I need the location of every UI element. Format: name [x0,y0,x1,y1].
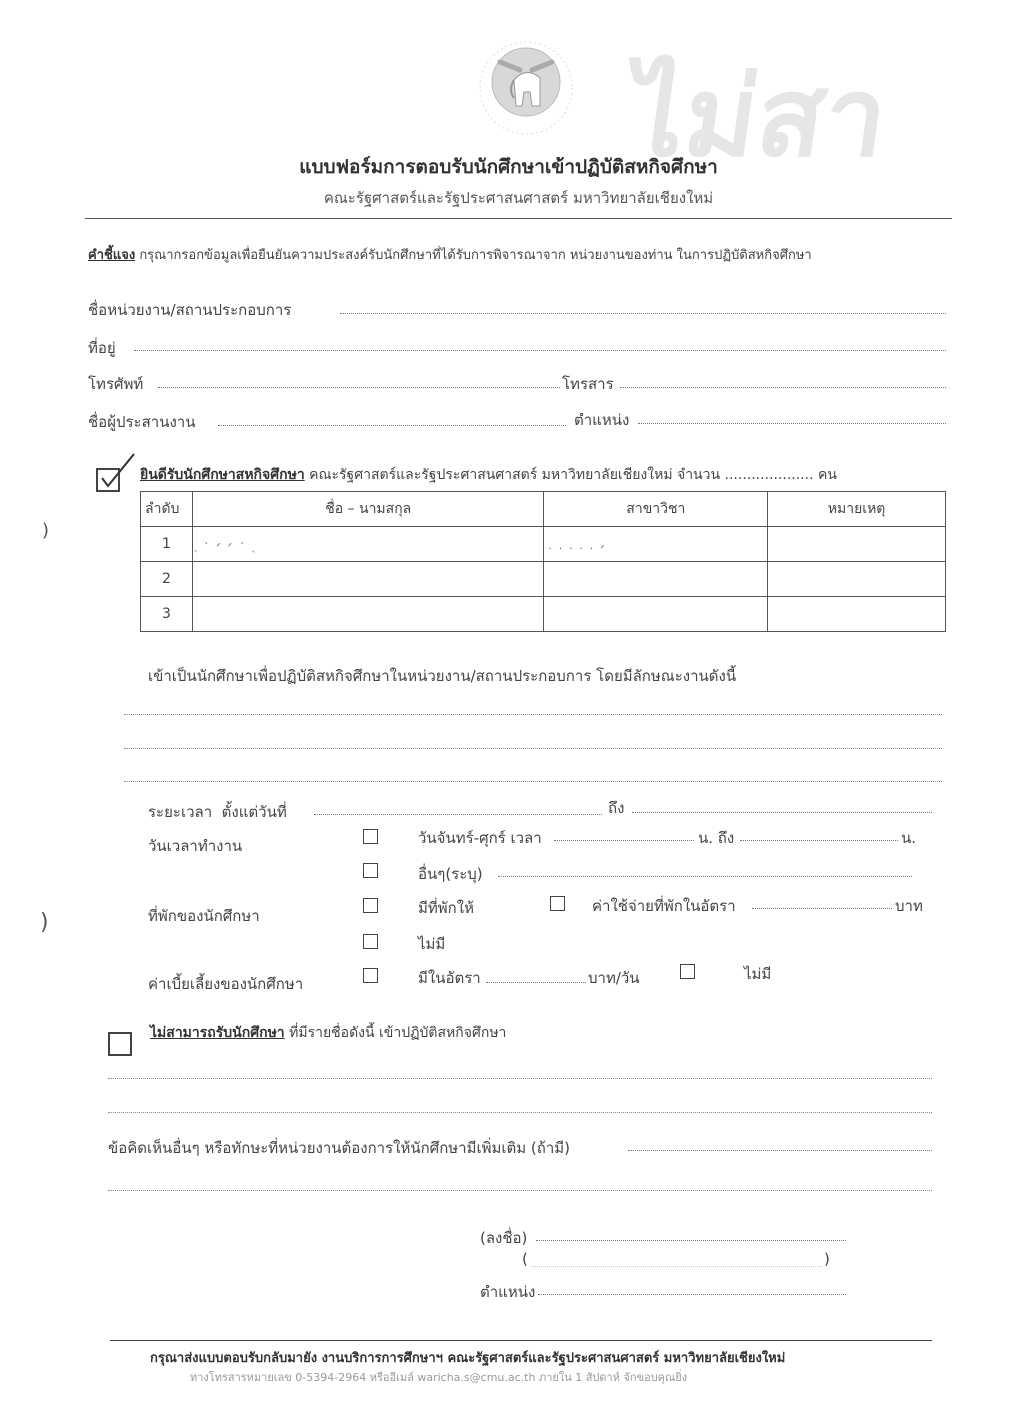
instructions: คำชี้แจง กรุณากรอกข้อมูลเพื่อยืนยันความป… [88,244,812,265]
period-to-field[interactable] [632,812,932,813]
allowance-label: ค่าเบี้ยเลี้ยงของนักศึกษา [148,972,303,996]
decline-statement: ไม่สามารถรับนักศึกษา ที่มีรายชื่อดังนี้ … [150,1022,506,1044]
cmu-elephant-seal-icon [470,40,582,140]
job-description-line-3[interactable] [124,781,942,782]
accommodation-label: ที่พักของนักศึกษา [148,904,260,928]
fax-label: โทรสาร [562,372,614,396]
accept-statement: ยินดีรับนักศึกษาสหกิจศึกษา คณะรัฐศาสตร์แ… [140,464,837,486]
row-no: 1 [141,527,193,562]
address-label: ที่อยู่ [88,336,116,360]
position-field[interactable] [638,423,946,424]
work-time-other-label: อื่นๆ(ระบุ) [418,862,483,886]
row-no: 3 [141,597,193,632]
row-note[interactable] [768,527,946,562]
period-label: ระยะเวลา ตั้งแต่วันที่ [148,800,287,824]
table-header-row: ลำดับ ชื่อ – นามสกุล สาขาวิชา หมายเหตุ [141,492,946,527]
signature-close-paren: ) [824,1250,830,1268]
allowance-rate-field[interactable] [486,982,586,983]
period-from-label: ตั้งแต่วันที่ [222,803,287,821]
work-time-weekday-checkbox[interactable] [363,829,378,844]
accept-checkbox[interactable] [96,468,120,492]
phone-field[interactable] [158,387,560,388]
position-label: ตำแหน่ง [574,408,629,432]
decline-line-1[interactable] [108,1078,932,1079]
col-header-name: ชื่อ – นามสกุล [192,492,544,527]
comments-field-1[interactable] [628,1150,932,1151]
allowance-rate-unit: บาท/วัน [588,966,640,990]
accept-count-field[interactable]: .................... [725,467,814,483]
accommodation-cost-checkbox[interactable] [550,896,565,911]
student-table: ลำดับ ชื่อ – นามสกุล สาขาวิชา หมายเหตุ 1… [140,491,946,632]
form-title: แบบฟอร์มการตอบรับนักศึกษาเข้าปฏิบัติสหกิ… [0,152,1017,182]
accommodation-provided-label: มีที่พักให้ [418,896,474,920]
address-field[interactable] [134,350,946,351]
footer-contact: ทางโทรสารหมายเลข 0-5394-2964 หรืออีเมล์ … [190,1368,687,1386]
accommodation-cost-field[interactable] [752,908,892,909]
comments-label: ข้อคิดเห็นอื่นๆ หรือทักษะที่หน่วยงานต้อง… [108,1136,570,1160]
work-time-label: วันเวลาทำงาน [148,834,242,858]
accept-text: คณะรัฐศาสตร์และรัฐประศาสนศาสตร์ มหาวิทยา… [309,467,720,483]
accept-count-unit: คน [818,467,837,483]
comments-field-2[interactable] [108,1190,932,1191]
binder-mark: ) [42,520,49,541]
table-row: 3 [141,597,946,632]
coordinator-field[interactable] [218,425,566,426]
period-to-label: ถึง [608,796,624,820]
row-major[interactable]: · · · · · ᐟ [544,527,768,562]
work-time-end-field[interactable] [740,840,898,841]
signature-name-field[interactable] [532,1266,822,1267]
row-note[interactable] [768,597,946,632]
footer-instruction: กรุณาส่งแบบตอบรับกลับมายัง งานบริการการศ… [150,1347,785,1368]
signature-label: (ลงชื่อ) [480,1226,527,1250]
binder-mark: ) [40,910,49,935]
table-row: 1 ฺ ˋ ᐟ ᐟ ˊ ˎ · · · · · ᐟ [141,527,946,562]
work-time-unit-from: น. ถึง [698,826,734,850]
row-name[interactable] [192,597,544,632]
job-description-label: เข้าเป็นนักศึกษาเพื่อปฏิบัติสหกิจศึกษาใน… [148,664,736,688]
fax-field[interactable] [620,387,946,388]
decline-text: ที่มีรายชื่อดังนี้ เข้าปฏิบัติสหกิจศึกษา [289,1025,506,1041]
work-time-other-field[interactable] [498,876,912,877]
row-major[interactable] [544,597,768,632]
phone-label: โทรศัพท์ [88,372,143,396]
period-from-field[interactable] [314,814,602,815]
row-name[interactable]: ฺ ˋ ᐟ ᐟ ˊ ˎ [192,527,544,562]
row-name[interactable] [192,562,544,597]
footer-divider [110,1340,932,1341]
university-logo [470,40,582,140]
work-time-unit-to: น. [901,826,916,850]
org-name-field[interactable] [340,313,946,314]
coordinator-label: ชื่อผู้ประสานงาน [88,410,195,434]
job-description-line-2[interactable] [124,748,942,749]
accommodation-provided-checkbox[interactable] [363,898,378,913]
accommodation-none-checkbox[interactable] [363,934,378,949]
allowance-none-checkbox[interactable] [680,964,695,979]
work-time-weekday-label: วันจันทร์-ศุกร์ เวลา [418,826,542,850]
allowance-none-label: ไม่มี [744,962,771,986]
allowance-rate-checkbox[interactable] [363,968,378,983]
checkmark-icon [96,452,136,492]
instructions-label: คำชี้แจง [88,248,135,263]
row-no: 2 [141,562,193,597]
form-subtitle: คณะรัฐศาสตร์และรัฐประศาสนศาสตร์ มหาวิทยา… [0,186,1017,210]
instructions-text: กรุณากรอกข้อมูลเพื่อยืนยันความประสงค์รับ… [139,248,811,263]
work-time-start-field[interactable] [554,840,694,841]
col-header-note: หมายเหตุ [768,492,946,527]
decline-label: ไม่สามารถรับนักศึกษา [150,1025,285,1041]
signature-open-paren: ( [522,1250,528,1268]
row-major[interactable] [544,562,768,597]
signature-field[interactable] [536,1240,846,1241]
col-header-no: ลำดับ [141,492,193,527]
job-description-line-1[interactable] [124,714,942,715]
work-time-other-checkbox[interactable] [363,863,378,878]
row-note[interactable] [768,562,946,597]
accommodation-cost-label: ค่าใช้จ่ายที่พักในอัตรา [592,894,736,918]
decline-checkbox[interactable] [108,1032,132,1056]
col-header-major: สาขาวิชา [544,492,768,527]
table-row: 2 [141,562,946,597]
org-name-label: ชื่อหน่วยงาน/สถานประกอบการ [88,298,291,322]
signature-position-label: ตำแหน่ง [480,1280,535,1304]
signature-position-field[interactable] [538,1294,846,1295]
accommodation-none-label: ไม่มี [418,932,445,956]
header-divider [85,218,952,219]
period-title: ระยะเวลา [148,803,212,821]
accommodation-cost-unit: บาท [895,894,923,918]
decline-line-2[interactable] [108,1112,932,1113]
allowance-rate-label: มีในอัตรา [418,966,481,990]
accept-label: ยินดีรับนักศึกษาสหกิจศึกษา [140,467,305,483]
